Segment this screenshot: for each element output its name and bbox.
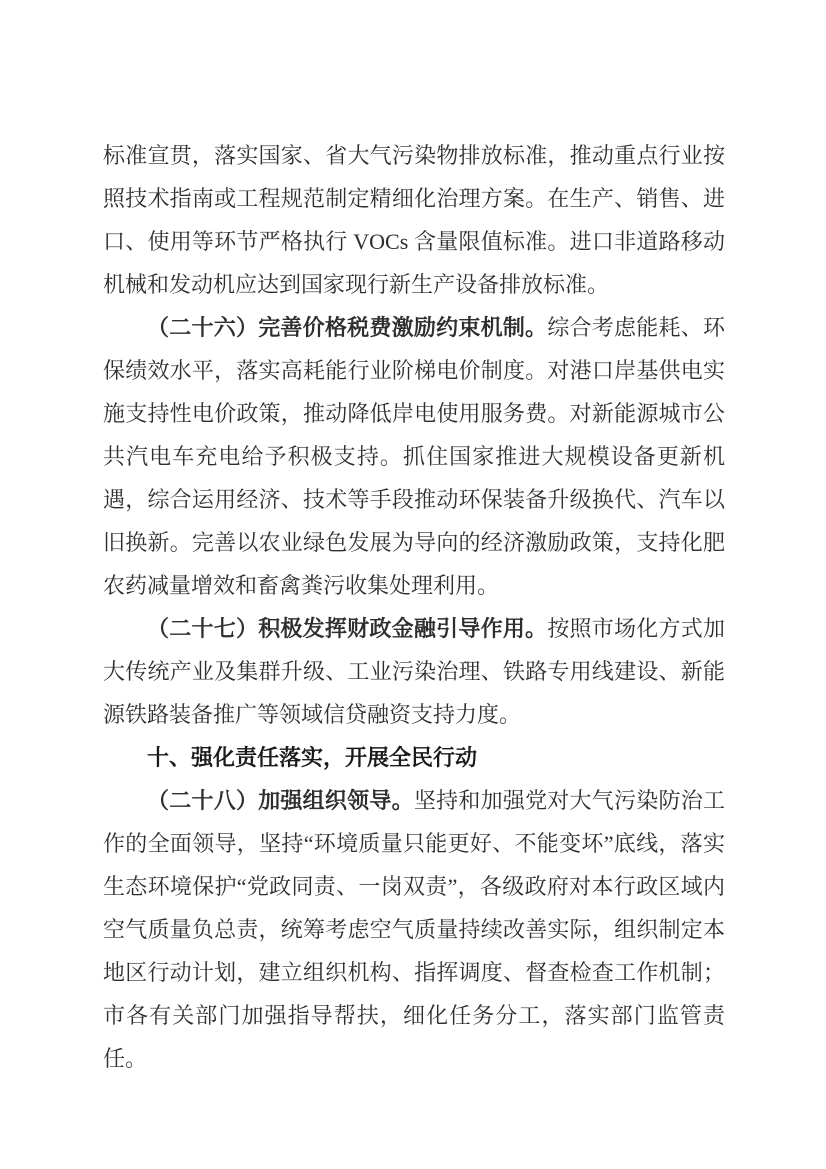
paragraph: （二十六）完善价格税费激励约束机制。综合考虑能耗、环保绩效水平，落实高耗能行业阶… [103,306,725,607]
paragraph-lead: （二十六）完善价格税费激励约束机制。 [147,315,547,340]
paragraph-lead: （二十八）加强组织领导。 [147,788,414,813]
paragraph: （二十七）积极发挥财政金融引导作用。按照市场化方式加大传统产业及集群升级、工业污… [103,607,725,736]
paragraph-text: 坚持和加强党对大气污染防治工作的全面领导，坚持“环境质量只能更好、不能变坏”底线… [103,788,725,1071]
paragraph: 标准宣贯，落实国家、省大气污染物排放标准，推动重点行业按照技术指南或工程规范制定… [103,134,725,306]
document-content: 标准宣贯，落实国家、省大气污染物排放标准，推动重点行业按照技术指南或工程规范制定… [103,134,725,1080]
document-page: 标准宣贯，落实国家、省大气污染物排放标准，推动重点行业按照技术指南或工程规范制定… [0,0,826,1169]
paragraph-lead: （二十七）积极发挥财政金融引导作用。 [147,616,547,641]
paragraph-text: 标准宣贯，落实国家、省大气污染物排放标准，推动重点行业按照技术指南或工程规范制定… [103,143,725,297]
paragraph: （二十八）加强组织领导。坚持和加强党对大气污染防治工作的全面领导，坚持“环境质量… [103,779,725,1080]
section-heading: 十、强化责任落实，开展全民行动 [103,736,725,779]
paragraph-text: 综合考虑能耗、环保绩效水平，落实高耗能行业阶梯电价制度。对港口岸基供电实施支持性… [103,315,725,598]
